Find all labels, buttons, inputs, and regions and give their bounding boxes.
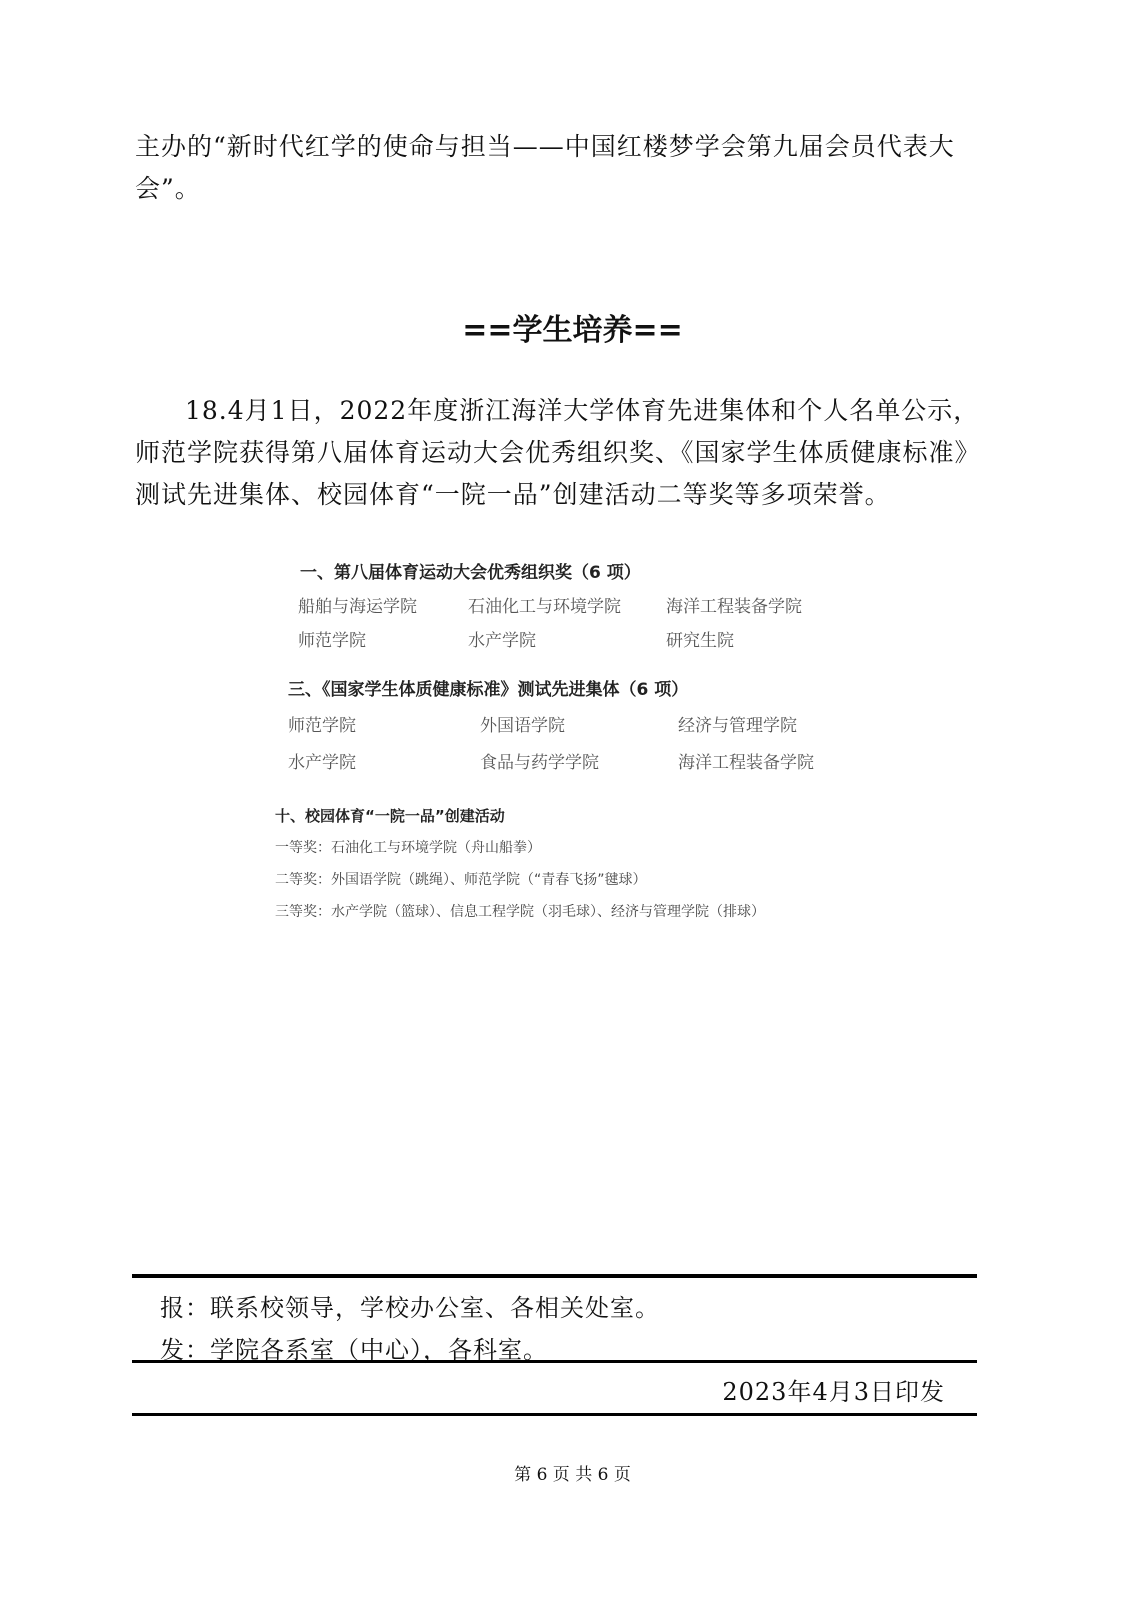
list-item: 石油化工与环境学院 <box>468 592 666 617</box>
list-item: 海洋工程装备学院 <box>666 592 802 617</box>
group1-title: 一、第八届体育运动大会优秀组织奖（6 项） <box>300 558 641 583</box>
divider-middle <box>132 1360 977 1363</box>
group3-row: 师范学院 外国语学院 经济与管理学院 <box>288 711 797 736</box>
section-paragraph: 18.4月1日，2022年度浙江海洋大学体育先进集体和个人名单公示，师范学院获得… <box>135 390 995 516</box>
list-item: 海洋工程装备学院 <box>678 748 814 773</box>
page-number: 第 6 页 共 6 页 <box>0 1460 1145 1485</box>
group3-title: 三、《国家学生体质健康标准》测试先进集体（6 项） <box>288 675 688 700</box>
list-item: 船舶与海运学院 <box>298 592 468 617</box>
award-line: 二等奖：外国语学院（跳绳）、师范学院（“青春飞扬”毽球） <box>275 869 647 889</box>
group3-row: 水产学院 食品与药学学院 海洋工程装备学院 <box>288 748 814 773</box>
list-item: 食品与药学学院 <box>480 748 678 773</box>
section-heading: ==学生培养== <box>0 305 1145 349</box>
list-item: 师范学院 <box>288 711 480 736</box>
intro-paragraph: 主办的“新时代红学的使命与担当——中国红楼梦学会第九届会员代表大会”。 <box>135 126 995 210</box>
report-to-line: 报：联系校领导，学校办公室、各相关处室。 <box>160 1288 660 1323</box>
group10-title: 十、校园体育“一院一品”创建活动 <box>275 805 505 826</box>
divider-bottom <box>132 1413 977 1416</box>
list-item: 水产学院 <box>468 626 666 651</box>
group1-row: 船舶与海运学院 石油化工与环境学院 海洋工程装备学院 <box>298 592 802 617</box>
group1-row: 师范学院 水产学院 研究生院 <box>298 626 734 651</box>
list-item: 外国语学院 <box>480 711 678 736</box>
award-line: 三等奖：水产学院（篮球）、信息工程学院（羽毛球）、经济与管理学院（排球） <box>275 901 765 921</box>
divider-top <box>132 1274 977 1278</box>
award-line: 一等奖：石油化工与环境学院（舟山船拳） <box>275 837 541 857</box>
list-item: 研究生院 <box>666 626 734 651</box>
embedded-award-image: 一、第八届体育运动大会优秀组织奖（6 项） 船舶与海运学院 石油化工与环境学院 … <box>270 550 850 930</box>
issue-date: 2023年4月3日印发 <box>722 1372 945 1407</box>
list-item: 师范学院 <box>298 626 468 651</box>
list-item: 水产学院 <box>288 748 480 773</box>
list-item: 经济与管理学院 <box>678 711 797 736</box>
